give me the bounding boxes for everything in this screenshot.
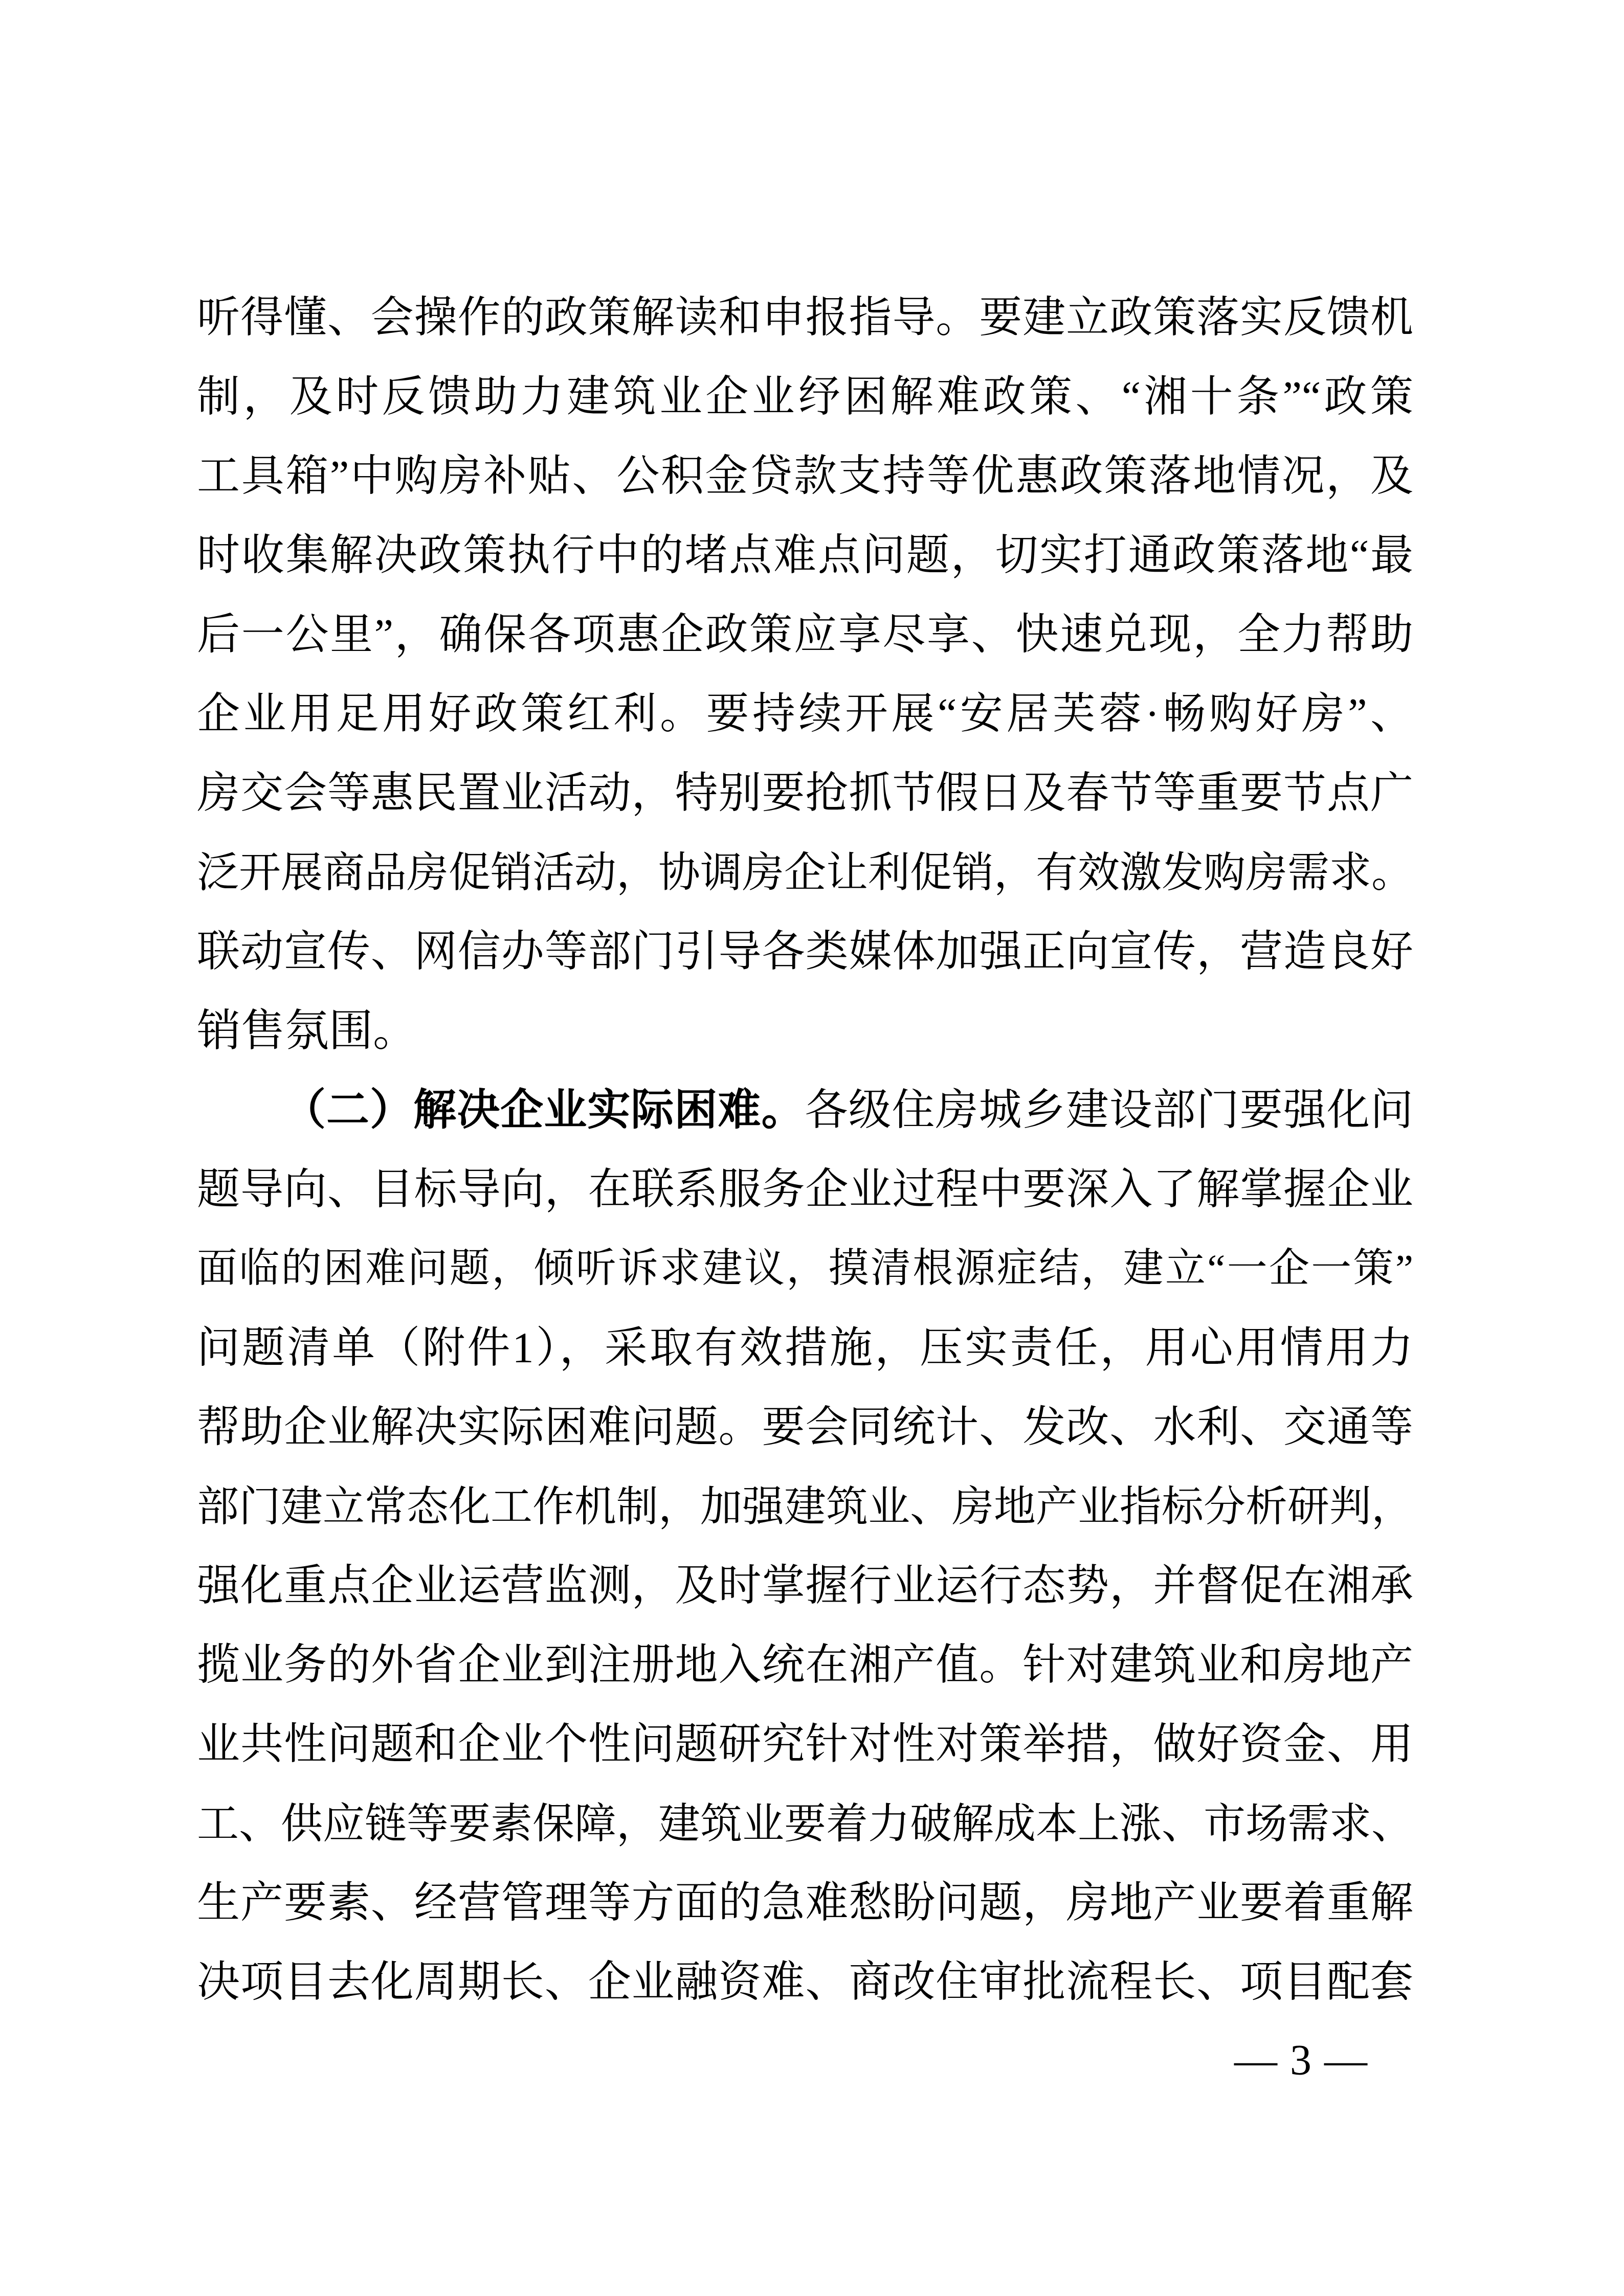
body-line: 决项目去化周期长、企业融资难、商改住审批流程长、项目配套 <box>197 1943 1413 2022</box>
body-line-text: 揽业务的外省企业到注册地入统在湘产值。针对建筑业和房地产 <box>197 1641 1413 1689</box>
body-line: 房交会等惠民置业活动，特别要抢抓节假日及春节等重要节点广 <box>197 754 1413 833</box>
body-line-text: 工具箱”中购房补贴、公积金贷款支持等优惠政策落地情况，及 <box>197 453 1413 500</box>
body-line: 制，及时反馈助力建筑业企业纾困解难政策、“湘十条”“政策 <box>197 357 1413 437</box>
body-line-text: 生产要素、经营管理等方面的急难愁盼问题，房地产业要着重解 <box>197 1879 1413 1927</box>
body-line-text: 题导向、目标导向，在联系服务企业过程中要深入了解掌握企业 <box>197 1166 1413 1213</box>
body-line: 帮助企业解决实际困难问题。要会同统计、发改、水利、交通等 <box>197 1388 1413 1467</box>
body-line: 强化重点企业运营监测，及时掌握行业运行态势，并督促在湘承 <box>197 1546 1413 1626</box>
body-line-text: 业共性问题和企业个性问题研究针对性对策举措，做好资金、用 <box>197 1721 1413 1768</box>
body-line-text: 工、供应链等要素保障，建筑业要着力破解成本上涨、市场需求、 <box>197 1800 1413 1847</box>
page-number: — 3 — <box>1234 2033 1368 2089</box>
body-line-text: 联动宣传、网信办等部门引导各类媒体加强正向宣传，营造良好 <box>197 928 1413 976</box>
section-heading: （二）解决企业实际困难。 <box>283 1087 805 1134</box>
body-line: 后一公里”，确保各项惠企政策应享尽享、快速兑现，全力帮助 <box>197 595 1413 674</box>
body-line-text: 听得懂、会操作的政策解读和申报指导。要建立政策落实反馈机 <box>197 294 1413 342</box>
body-line-text: 房交会等惠民置业活动，特别要抢抓节假日及春节等重要节点广 <box>197 770 1413 817</box>
body-line: 问题清单（附件1），采取有效措施，压实责任，用心用情用力 <box>197 1309 1413 1388</box>
body-line-text: 部门建立常态化工作机制，加强建筑业、房地产业指标分析研判， <box>197 1483 1413 1530</box>
body-line: 业共性问题和企业个性问题研究针对性对策举措，做好资金、用 <box>197 1705 1413 1784</box>
document-page: 听得懂、会操作的政策解读和申报指导。要建立政策落实反馈机制，及时反馈助力建筑业企… <box>0 0 1624 2296</box>
body-line-text: 各级住房城乡建设部门要强化问 <box>805 1087 1413 1134</box>
body-line: 工、供应链等要素保障，建筑业要着力破解成本上涨、市场需求、 <box>197 1784 1413 1863</box>
body-line-text: 制，及时反馈助力建筑业企业纾困解难政策、“湘十条”“政策 <box>197 373 1413 421</box>
body-line-text: 面临的困难问题，倾听诉求建议，摸清根源症结，建立“一企一策” <box>197 1247 1413 1291</box>
body-line: 题导向、目标导向，在联系服务企业过程中要深入了解掌握企业 <box>197 1150 1413 1229</box>
body-line: 泛开展商品房促销活动，协调房企让利促销，有效激发购房需求。 <box>197 833 1413 912</box>
body-line: 面临的困难问题，倾听诉求建议，摸清根源症结，建立“一企一策” <box>197 1229 1413 1309</box>
body-text-block: 听得懂、会操作的政策解读和申报指导。要建立政策落实反馈机制，及时反馈助力建筑业企… <box>197 278 1413 2022</box>
body-line: 揽业务的外省企业到注册地入统在湘产值。针对建筑业和房地产 <box>197 1626 1413 1705</box>
body-line-text: 决项目去化周期长、企业融资难、商改住审批流程长、项目配套 <box>197 1959 1413 2006</box>
body-line-text: 强化重点企业运营监测，及时掌握行业运行态势，并督促在湘承 <box>197 1562 1413 1610</box>
body-line: 销售氛围。 <box>197 992 1413 1071</box>
body-line-text: 帮助企业解决实际困难问题。要会同统计、发改、水利、交通等 <box>197 1404 1413 1451</box>
body-line: 企业用足用好政策红利。要持续开展“安居芙蓉·畅购好房”、 <box>197 674 1413 754</box>
body-line: （二）解决企业实际困难。各级住房城乡建设部门要强化问 <box>197 1071 1413 1150</box>
body-line-text: 销售氛围。 <box>197 1006 417 1055</box>
body-line-text: 泛开展商品房促销活动，协调房企让利促销，有效激发购房需求。 <box>197 849 1413 896</box>
body-line: 生产要素、经营管理等方面的急难愁盼问题，房地产业要着重解 <box>197 1863 1413 1943</box>
body-line-text: 企业用足用好政策红利。要持续开展“安居芙蓉·畅购好房”、 <box>197 690 1413 738</box>
body-line: 部门建立常态化工作机制，加强建筑业、房地产业指标分析研判， <box>197 1467 1413 1546</box>
body-line-text: 时收集解决政策执行中的堵点难点问题，切实打通政策落地“最 <box>197 532 1413 579</box>
body-line-text: 问题清单（附件1），采取有效措施，压实责任，用心用情用力 <box>197 1324 1413 1372</box>
body-line: 时收集解决政策执行中的堵点难点问题，切实打通政策落地“最 <box>197 516 1413 595</box>
body-line-text: 后一公里”，确保各项惠企政策应享尽享、快速兑现，全力帮助 <box>197 611 1413 659</box>
body-line: 工具箱”中购房补贴、公积金贷款支持等优惠政策落地情况，及 <box>197 437 1413 516</box>
body-line: 听得懂、会操作的政策解读和申报指导。要建立政策落实反馈机 <box>197 278 1413 357</box>
body-line: 联动宣传、网信办等部门引导各类媒体加强正向宣传，营造良好 <box>197 912 1413 992</box>
